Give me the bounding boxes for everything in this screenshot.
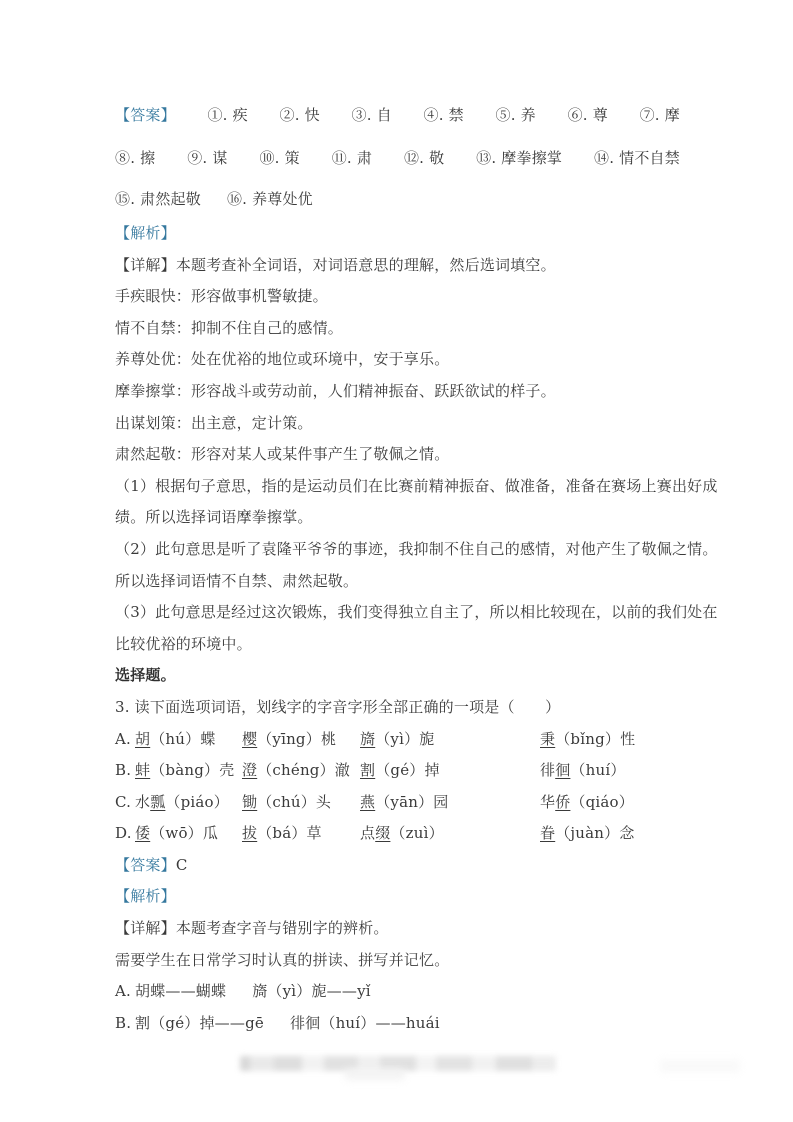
q3-option-d-item-3: 点缀（zuì） [360, 818, 540, 850]
q3-option-b-label: B. [115, 755, 135, 787]
q2-explanation-line-5: （3）此句意思是经过这次锻炼，我们变得独立自主了，所以相比较现在，以前的我们处在 [115, 597, 680, 629]
q2-definition-1: 手疾眼快：形容做事机警敏捷。 [115, 281, 680, 313]
q3-option-a-item-2: 樱（yīng）桃 [242, 724, 360, 756]
q2-explanation-line-1: （1）根据句子意思，指的是运动员们在比赛前精神振奋、做准备，准备在赛场上赛出好成 [115, 471, 680, 503]
q2-definition-3: 养尊处优：处在优裕的地位或环境中，安于享乐。 [115, 344, 680, 376]
exam-answer-document: 【答案】 ①. 疾 ②. 快 ③. 自 ④. 禁 ⑤. 养 ⑥. 尊 ⑦. 摩 … [0, 0, 793, 1122]
q3-option-c-item-3: 燕（yān）园 [360, 787, 540, 819]
q2-explanation-line-4: 所以选择词语情不自禁、肃然起敬。 [115, 566, 680, 598]
q2-analysis-label: 【解析】 [115, 224, 176, 242]
q3-analysis-label: 【解析】 [115, 887, 176, 905]
q2-explanation-line-6: 比较优裕的环境中。 [115, 629, 680, 661]
q3-question-text: 3. 读下面选项词语，划线字的字音字形全部正确的一项是（ ） [115, 692, 680, 724]
q3-option-d-item-2: 拔（bá）草 [242, 818, 360, 850]
q2-detail-intro: 本题考查补全词语，对词语意思的理解，然后选词填空。 [176, 256, 556, 274]
q2-answer-item-6: ⑥. 尊 [568, 94, 608, 137]
q2-definition-4: 摩拳擦掌：形容战斗或劳动前，人们精神振奋、跃跃欲试的样子。 [115, 376, 680, 408]
q2-answer-item-7: ⑦. 摩 [640, 94, 680, 137]
q3-option-a-item-3: 旖（yì）旎 [360, 724, 540, 756]
q3-option-c-item-4: 华侨（qiáo） [540, 787, 680, 819]
q3-option-b-item-4: 徘徊（huí） [540, 755, 680, 787]
q3-option-a-item-1: 胡（hú）蝶 [135, 724, 242, 756]
q2-analysis-heading: 【解析】 [115, 218, 680, 250]
q2-answer-line-2: ⑧. 擦 ⑨. 谋 ⑩. 策 ⑪. 肃 ⑫. 敬 ⑬. 摩拳擦掌 ⑭. 情不自禁 [115, 137, 680, 180]
q3-detail-label: 【详解】 [115, 919, 176, 937]
q3-option-d-item-4: 眷（juàn）念 [540, 818, 680, 850]
q3-option-row-b: B. 蚌（bàng）壳 澄（chéng）澈 割（gé）掉 徘徊（huí） [115, 755, 680, 787]
q2-answer-item-10: ⑩. 策 [259, 137, 299, 180]
q3-option-b-item-2: 澄（chéng）澈 [242, 755, 360, 787]
q3-option-d-item-1: 倭（wō）瓜 [135, 818, 242, 850]
q3-option-row-d: D. 倭（wō）瓜 拔（bá）草 点缀（zuì） 眷（juàn）念 [115, 818, 680, 850]
q2-answer-item-4: ④. 禁 [424, 94, 464, 137]
q2-answer-item-16: ⑯. 养尊处优 [227, 180, 313, 218]
q2-detail-label: 【详解】 [115, 256, 176, 274]
q2-answer-item-13: ⑬. 摩拳擦掌 [476, 137, 562, 180]
q3-option-c-item-2: 锄（chú）头 [242, 787, 360, 819]
q3-option-row-a: A. 胡（hú）蝶 樱（yīng）桃 旖（yì）旎 秉（bǐng）性 [115, 724, 680, 756]
q2-answer-item-14: ⑭. 情不自禁 [594, 137, 680, 180]
q2-answer-item-9: ⑨. 谋 [187, 137, 227, 180]
q2-answer-label: 【答案】 [115, 94, 176, 137]
q2-answer-line-3: ⑮. 肃然起敬 ⑯. 养尊处优 [115, 180, 680, 218]
q3-correction-row-b: B. 割（gé）掉——gē 徘徊（huí）——huái [115, 1008, 680, 1040]
q2-definition-5: 出谋划策：出主意，定计策。 [115, 408, 680, 440]
q2-answer-line-1: 【答案】 ①. 疾 ②. 快 ③. 自 ④. 禁 ⑤. 养 ⑥. 尊 ⑦. 摩 [115, 94, 680, 137]
q2-answer-item-5: ⑤. 养 [496, 94, 536, 137]
q3-correction-row-a: A. 胡蝶——蝴蝶 旖（yì）旎——yǐ [115, 976, 680, 1008]
q3-note-line: 需要学生在日常学习时认真的拼读、拼写并记忆。 [115, 945, 680, 977]
q3-correction-b-item-2: 徘徊（huí）——huái [290, 1008, 440, 1040]
section-heading-multiple-choice: 选择题。 [115, 660, 680, 692]
q3-correction-a-item-2: 旖（yì）旎——yǐ [252, 976, 371, 1008]
q3-option-c-label: C. [115, 787, 135, 819]
q3-option-b-item-3: 割（gé）掉 [360, 755, 540, 787]
q2-answer-item-11: ⑪. 肃 [332, 137, 372, 180]
q2-definition-2: 情不自禁：抑制不住自己的感情。 [115, 313, 680, 345]
q3-correction-a-label: A. [115, 976, 135, 1008]
q3-option-d-label: D. [115, 818, 135, 850]
q3-answer-label: 【答案】 [115, 856, 176, 874]
watermark-smudge-right [660, 1060, 740, 1072]
q3-option-b-item-1: 蚌（bàng）壳 [135, 755, 242, 787]
q3-correction-b-label: B. [115, 1008, 135, 1040]
q2-answer-item-1: ①. 疾 [207, 94, 247, 137]
q3-analysis-heading: 【解析】 [115, 881, 680, 913]
q2-answer-item-12: ⑫. 敬 [404, 137, 444, 180]
q2-answer-item-15: ⑮. 肃然起敬 [115, 180, 201, 218]
q2-detail-line: 【详解】本题考查补全词语，对词语意思的理解，然后选词填空。 [115, 250, 680, 282]
q3-correction-a-item-1: 胡蝶——蝴蝶 [135, 976, 226, 1008]
q2-answer-item-3: ③. 自 [352, 94, 392, 137]
q2-answer-item-8: ⑧. 擦 [115, 137, 155, 180]
q2-answer-item-2: ②. 快 [280, 94, 320, 137]
q3-answer-line: 【答案】C [115, 850, 680, 882]
q3-correction-b-item-1: 割（gé）掉——gē [135, 1008, 264, 1040]
q2-explanation-line-2: 绩。所以选择词语摩拳擦掌。 [115, 502, 680, 534]
q3-option-a-item-4: 秉（bǐng）性 [540, 724, 680, 756]
q3-detail-line: 【详解】本题考查字音与错别字的辨析。 [115, 913, 680, 945]
q3-answer-value: C [176, 856, 188, 874]
q3-detail-intro: 本题考查字音与错别字的辨析。 [176, 919, 389, 937]
q3-option-row-c: C. 水瓢（piáo） 锄（chú）头 燕（yān）园 华侨（qiáo） [115, 787, 680, 819]
watermark-smudge-left [345, 1068, 405, 1080]
q3-option-a-label: A. [115, 724, 135, 756]
q2-definition-6: 肃然起敬：形容对某人或某件事产生了敬佩之情。 [115, 439, 680, 471]
q2-explanation-line-3: （2）此句意思是听了袁隆平爷爷的事迹，我抑制不住自己的感情，对他产生了敬佩之情。 [115, 534, 680, 566]
q3-option-c-item-1: 水瓢（piáo） [135, 787, 242, 819]
